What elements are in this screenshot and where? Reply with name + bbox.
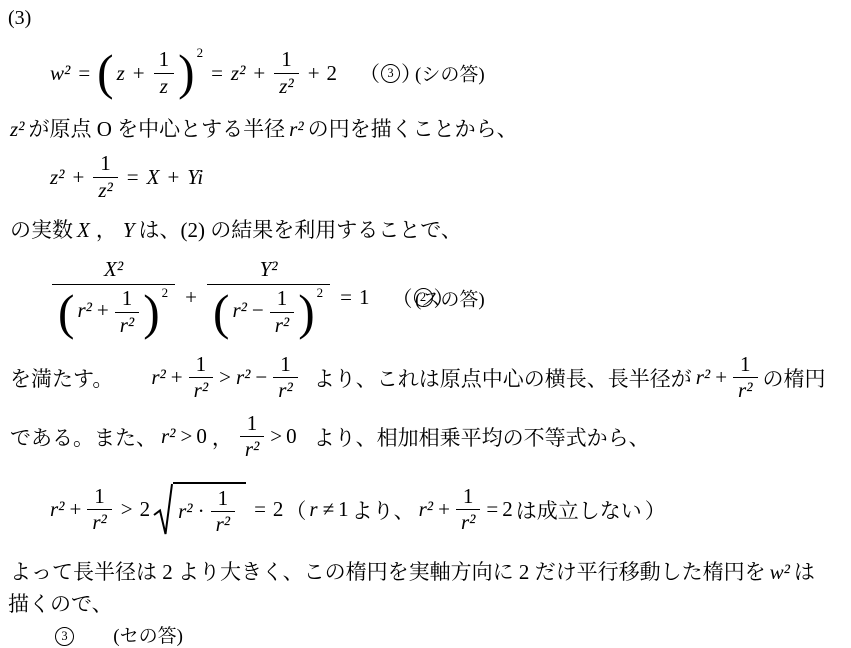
- fraction: 1r²: [87, 485, 111, 535]
- fullwidth-right-paren: ）: [644, 495, 667, 525]
- fullwidth-left-paren: （: [284, 495, 307, 525]
- right-paren: ): [297, 285, 315, 340]
- text-segment: の円を描くことから、: [306, 117, 520, 141]
- denominator: r²: [733, 378, 757, 403]
- text-segment: は: [792, 560, 817, 584]
- answer-label-shi: (シの答): [415, 60, 485, 87]
- formula-am-gm: r² + 1r² > 2 r²·1r² = 2 （ r ≠ 1 より、 r² +…: [48, 469, 843, 551]
- numerator: 1: [456, 485, 480, 511]
- denominator: r²: [240, 437, 264, 462]
- answer-label-su: (スの答): [415, 284, 485, 311]
- numerator: 1: [189, 353, 213, 379]
- equals-sign: =: [205, 61, 229, 86]
- fraction: 1r²: [270, 287, 294, 337]
- equals-sign: =: [72, 61, 96, 86]
- denominator: (r²+1r²)2: [52, 285, 175, 337]
- fraction: 1r²: [189, 353, 213, 403]
- math-token: 0: [285, 424, 298, 449]
- text-segment: が原点 O を中心とする半径: [26, 117, 287, 141]
- text-segment: より、これは原点中心の横長、長半径が: [312, 363, 694, 393]
- math-token: Yi: [185, 165, 205, 190]
- text-segment: を満たす。: [8, 363, 115, 393]
- fullwidth-left-paren: （: [391, 283, 414, 313]
- plus-sign: +: [161, 165, 185, 190]
- numerator: 1: [240, 412, 264, 438]
- comma: ，: [92, 218, 121, 242]
- math-token: z²: [48, 165, 66, 190]
- formula-w-squared: w² = ( z + 1z ) 2 = z² + 1z² + 2 （ 3 ） (…: [48, 44, 843, 102]
- left-paren: (: [96, 48, 114, 97]
- text-segment: である。また、: [8, 422, 159, 452]
- numerator: 1: [273, 353, 297, 379]
- text-segment: よって長半径は 2 より大きく、この楕円を実軸方向に 2 だけ平行移動した楕円を: [8, 560, 768, 584]
- minus-sign: −: [252, 365, 270, 390]
- numerator: 1: [154, 48, 175, 74]
- fraction: 1r²: [733, 353, 757, 403]
- plus-sign: +: [94, 298, 112, 322]
- math-token: 2: [326, 61, 339, 86]
- left-paren: (: [212, 285, 230, 340]
- paragraph-conclusion-1: よって長半径は 2 より大きく、この楕円を実軸方向に 2 だけ平行移動した楕円を…: [8, 558, 843, 586]
- math-token: X: [145, 165, 162, 190]
- document-page: (3) w² = ( z + 1z ) 2 = z² + 1z² + 2 （ 3…: [0, 0, 851, 648]
- paragraph-circle: z²が原点 O を中心とする半径r²の円を描くことから、: [8, 115, 843, 143]
- fraction: 1z²: [93, 152, 117, 202]
- math-token: 2: [139, 497, 152, 522]
- math-token: w²: [768, 560, 792, 584]
- fullwidth-left-paren: （: [358, 58, 381, 88]
- circled-answer-3: 3: [55, 627, 74, 646]
- denominator: r²: [273, 378, 297, 403]
- sqrt-radical-icon: [153, 482, 173, 538]
- math-token: 1: [337, 497, 350, 522]
- exponent: 2: [316, 285, 326, 300]
- math-token: r²: [694, 365, 712, 390]
- exponent: 2: [196, 45, 206, 61]
- numerator: Y²: [207, 258, 330, 286]
- plus-sign: +: [179, 285, 203, 310]
- denominator: z²: [93, 178, 117, 203]
- plus-sign: +: [302, 61, 326, 86]
- math-token: z²: [229, 61, 247, 86]
- math-token: 2: [501, 497, 514, 522]
- text-segment: の実数: [8, 218, 75, 242]
- radicand: r²·1r²: [173, 482, 246, 537]
- denominator: r²: [211, 512, 235, 537]
- greater-than-sign: >: [267, 424, 285, 449]
- not-equal-sign: ≠: [320, 497, 338, 522]
- fraction: Y² (r²−1r²)2: [207, 258, 330, 338]
- denominator: z: [154, 74, 175, 99]
- fraction: X² (r²+1r²)2: [52, 258, 175, 338]
- square-root: r²·1r²: [153, 482, 246, 538]
- equals-sign: =: [121, 165, 145, 190]
- paragraph-am-gm: である。また、 r² > 0 ， 1r² > 0 より、相加相乗平均の不等式から…: [8, 410, 843, 464]
- fraction: 1r²: [211, 487, 235, 537]
- plus-sign: +: [127, 61, 151, 86]
- math-token: r²: [234, 365, 252, 390]
- plus-sign: +: [435, 497, 453, 522]
- math-token: r²: [159, 424, 177, 449]
- denominator: r²: [87, 510, 111, 535]
- numerator: 1: [270, 287, 294, 313]
- text-segment: より、相加相乗平均の不等式から、: [312, 422, 652, 452]
- plus-sign: +: [66, 165, 90, 190]
- paragraph-conclusion-2: 描くので、: [8, 590, 843, 618]
- denominator: r²: [189, 378, 213, 403]
- plus-sign: +: [247, 61, 271, 86]
- text-segment: の楕円: [761, 363, 828, 393]
- math-token: r²: [417, 497, 435, 522]
- section-number: (3): [8, 5, 843, 32]
- equals-sign: =: [248, 497, 272, 522]
- math-token: z²: [8, 117, 26, 141]
- denominator: r²: [456, 510, 480, 535]
- fraction: 1z²: [274, 48, 298, 98]
- fraction: 1z: [154, 48, 175, 98]
- math-token: z: [115, 61, 127, 86]
- equals-sign: =: [334, 285, 358, 310]
- fraction: 1r²: [240, 412, 264, 462]
- math-token: r: [307, 497, 319, 522]
- numerator: 1: [87, 485, 111, 511]
- denominator: r²: [115, 313, 139, 338]
- numerator: 1: [115, 287, 139, 313]
- math-token: X: [75, 218, 92, 242]
- fraction: 1r²: [273, 353, 297, 403]
- math-token: 2: [272, 497, 285, 522]
- text-segment: は、(2) の結果を利用することで、: [137, 218, 464, 242]
- greater-than-sign: >: [177, 424, 195, 449]
- right-paren: ): [142, 285, 160, 340]
- plus-sign: +: [168, 365, 186, 390]
- math-token: w²: [48, 61, 72, 86]
- paragraph-major-axis: を満たす。 r² + 1r² > r² − 1r² より、これは原点中心の横長、…: [8, 349, 843, 407]
- denominator: z²: [274, 74, 298, 99]
- numerator: X²: [52, 258, 175, 286]
- math-token: 1: [358, 285, 371, 310]
- math-token: r²: [287, 117, 305, 141]
- numerator: 1: [93, 152, 117, 178]
- greater-than-sign: >: [216, 365, 234, 390]
- math-token: r²: [230, 298, 248, 322]
- answer-label-se: (セの答): [113, 626, 183, 647]
- exponent: 2: [161, 285, 171, 300]
- numerator: 1: [733, 353, 757, 379]
- text-segment: より、: [350, 495, 417, 525]
- text-segment: は成立しない: [514, 495, 644, 525]
- plus-sign: +: [712, 365, 730, 390]
- denominator: (r²−1r²)2: [207, 285, 330, 337]
- fraction: 1r²: [456, 485, 480, 535]
- fraction: 1r²: [115, 287, 139, 337]
- formula-ellipse: X² (r²+1r²)2 + Y² (r²−1r²)2 = 1 （ 2 ） (ス…: [48, 252, 843, 344]
- cdot-sign: ·: [195, 499, 208, 524]
- minus-sign: −: [249, 298, 267, 322]
- comma: ，: [208, 422, 237, 452]
- denominator: r²: [270, 313, 294, 338]
- right-paren: ): [177, 48, 195, 97]
- final-answer-line: 3 (セの答): [55, 621, 843, 648]
- circled-answer-3: 3: [381, 64, 400, 83]
- numerator: 1: [274, 48, 298, 74]
- equals-sign: =: [483, 497, 501, 522]
- formula-x-yi: z² + 1z² = X + Yi: [48, 149, 843, 205]
- math-token: Y: [121, 218, 137, 242]
- math-token: r²: [149, 365, 167, 390]
- numerator: 1: [211, 487, 235, 513]
- paragraph-real-xy: の実数X，Yは、(2) の結果を利用することで、: [8, 216, 843, 244]
- math-token: r²: [176, 499, 194, 524]
- greater-than-sign: >: [115, 497, 139, 522]
- math-token: 0: [195, 424, 208, 449]
- math-token: r²: [48, 497, 66, 522]
- left-paren: (: [57, 285, 75, 340]
- math-token: r²: [75, 298, 93, 322]
- plus-sign: +: [66, 497, 84, 522]
